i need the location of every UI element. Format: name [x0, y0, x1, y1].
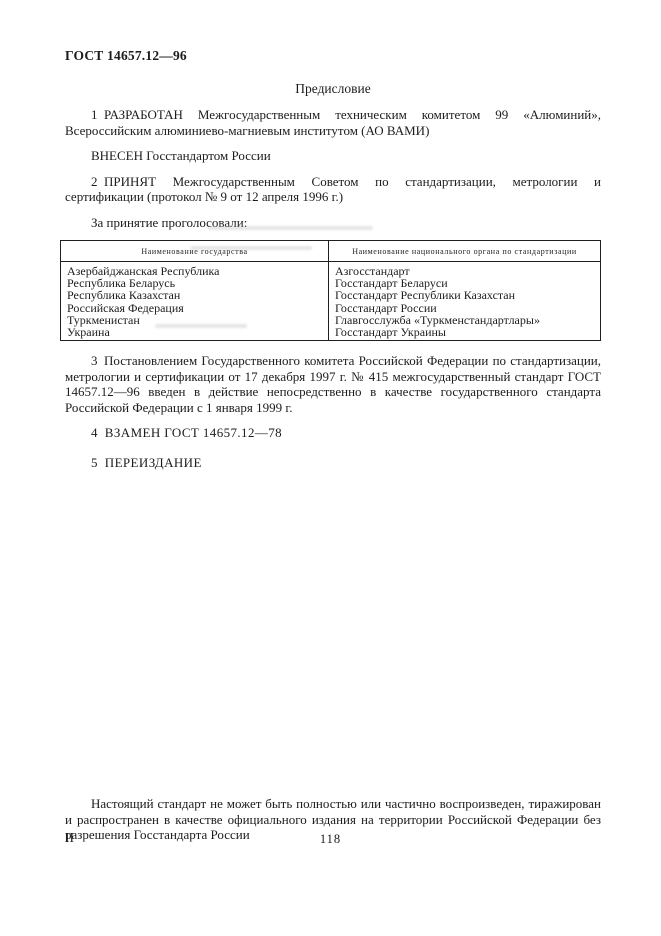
paragraph-3-resolution: 3 Постановлением Государственного комите…: [65, 353, 601, 415]
paragraph-4-replaces: 4 ВЗАМЕН ГОСТ 14657.12—78: [65, 425, 601, 441]
table-row: Республика Казахстан Госстандарт Республ…: [61, 289, 601, 301]
body-cell: Азгосстандарт: [329, 262, 601, 278]
body-cell: Госстандарт Республики Казахстан: [329, 289, 601, 301]
page-number: 118: [0, 832, 661, 847]
paragraph-1-developed: 1 РАЗРАБОТАН Межгосударственным техничес…: [65, 107, 601, 138]
state-cell: Азербайджанская Республика: [61, 262, 329, 278]
table-row: Украина Госстандарт Украины: [61, 326, 601, 341]
paragraph-2-adopted: 2 ПРИНЯТ Межгосударственным Советом по с…: [65, 174, 601, 205]
document-page: ГОСТ 14657.12—96 Предисловие 1 РАЗРАБОТА…: [0, 0, 661, 936]
vote-table-header-body: Наименование национального органа по ста…: [329, 241, 601, 262]
paragraph-submitted: ВНЕСЕН Госстандартом России: [65, 148, 601, 164]
page-title: Предисловие: [65, 81, 601, 97]
state-cell: Российская Федерация: [61, 302, 329, 314]
body-cell: Госстандарт России: [329, 302, 601, 314]
vote-table-header-row: Наименование государства Наименование на…: [61, 241, 601, 262]
paragraph-vote-intro: За принятие проголосовали:: [65, 215, 601, 231]
table-row: Туркменистан Главгосслужба «Туркменстанд…: [61, 314, 601, 326]
paragraph-5-reissue: 5 ПЕРЕИЗДАНИЕ: [65, 455, 601, 471]
state-cell: Украина: [61, 326, 329, 341]
vote-table-header-state: Наименование государства: [61, 241, 329, 262]
page-content: ГОСТ 14657.12—96 Предисловие 1 РАЗРАБОТА…: [65, 48, 601, 480]
state-cell: Республика Казахстан: [61, 289, 329, 301]
doc-number: ГОСТ 14657.12—96: [65, 48, 601, 64]
table-row: Азербайджанская Республика Азгосстандарт: [61, 262, 601, 278]
vote-table: Наименование государства Наименование на…: [60, 240, 601, 341]
table-row: Российская Федерация Госстандарт России: [61, 302, 601, 314]
body-cell: Госстандарт Украины: [329, 326, 601, 341]
